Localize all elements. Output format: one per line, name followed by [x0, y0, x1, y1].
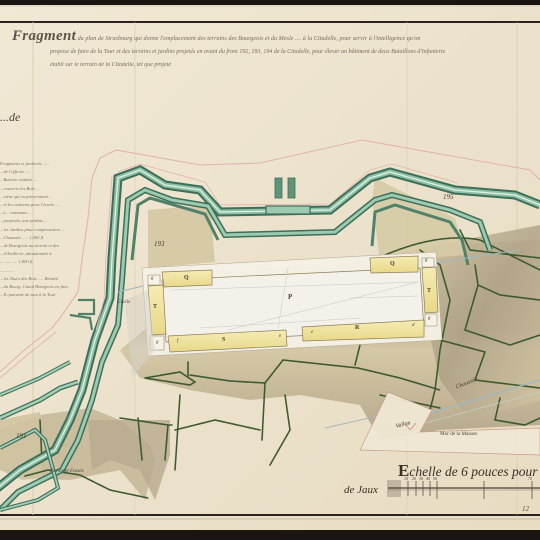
bastion-number-193: 193: [154, 240, 165, 248]
bottom-left-wing-label: S: [222, 337, 225, 343]
sheet-number: 12: [522, 505, 529, 513]
bottom-right-wing-label: R: [355, 325, 359, 331]
signature: de Jaux: [344, 484, 378, 496]
corner-label: g: [425, 258, 428, 263]
legend-entry: ...du Bourg. Canal Bourgeois en face: [0, 283, 90, 291]
title-line-3: établi sur le terrain de la Citadelle, t…: [50, 59, 540, 72]
top-right-wing-label: Q: [390, 261, 395, 267]
legend-entry: ............... 1,800 fl.: [0, 258, 90, 266]
legend-heading: ...de: [0, 110, 20, 125]
glacis-label: Glacis: [117, 300, 130, 305]
legend-entry: ...vient qui en proviennent ...: [0, 193, 90, 201]
legend-entry: ...de l'officier ....: [0, 168, 90, 176]
mark-label: f: [177, 339, 178, 344]
corner-label: g: [428, 316, 431, 321]
title-line-2: propose de faire de la Tour et des terra…: [50, 46, 540, 59]
legend-entry: ...proposés, aux jardins ...: [0, 217, 90, 225]
mark-label: d: [412, 323, 415, 328]
corner-label: g: [151, 276, 154, 281]
legend-entry: ...et les caissons pour l'écurie ....: [0, 201, 90, 209]
legend-entry: ...Il quarante de tout à la Tour: [0, 291, 90, 299]
courtyard-label: P: [288, 293, 292, 301]
corner-label: g: [156, 340, 159, 345]
top-left-wing-label: Q: [184, 275, 189, 281]
scale-tick-label: 40: [426, 476, 430, 481]
map-title: Fragment du plan de Strasbourg qui donne…: [12, 30, 540, 72]
right-pavilion-label: T: [427, 288, 431, 294]
ravine-label: Ravine et Fossés: [50, 469, 84, 474]
legend-entry: ...Chaussée ..... 1,000 fl.: [0, 234, 90, 242]
scale-tick-label: 10: [404, 476, 408, 481]
legend-entry: ...s... communs ....: [0, 209, 90, 217]
scale-tick-label: 20: [412, 476, 416, 481]
title-line-1: du plan de Strasbourg qui donne l'emplac…: [78, 35, 421, 42]
legend-entry: Fragments et jardinets ......: [0, 160, 90, 168]
scale-tick-label: 50: [433, 476, 437, 481]
legend-entry: ............: [0, 267, 90, 275]
mark-label: e: [311, 330, 313, 335]
legend-entry: ...de Bourgeois au terrain et des: [0, 242, 90, 250]
legend-entry: ...couverts les Bois ...: [0, 185, 90, 193]
legend-entry: ...d'Artillerie, abandonnés à: [0, 250, 90, 258]
left-pavilion-label: T: [153, 304, 157, 310]
title-lead-word: Fragment: [12, 28, 76, 44]
bastion-number-191: 191: [16, 432, 27, 440]
legend-entry: ...les Tours des Bois ..... Bientôt: [0, 275, 90, 283]
barracks-plan: [142, 252, 442, 356]
scale-tick-label: 30: [419, 476, 423, 481]
bastion-number-195: 195: [443, 193, 454, 201]
map-sheet: Fragment du plan de Strasbourg qui donne…: [0, 0, 540, 540]
farm-wall-label: Mur de la Maison: [440, 431, 477, 437]
legend-entry: ...Bastion estimés ....: [0, 176, 90, 184]
mark-label: e: [279, 334, 281, 339]
legend-list: Fragments et jardinets ...... ...de l'of…: [0, 160, 90, 299]
legend-entry: ...les Jardins pour compensation ...: [0, 226, 90, 234]
scale-tick-label: 75: [528, 476, 532, 481]
